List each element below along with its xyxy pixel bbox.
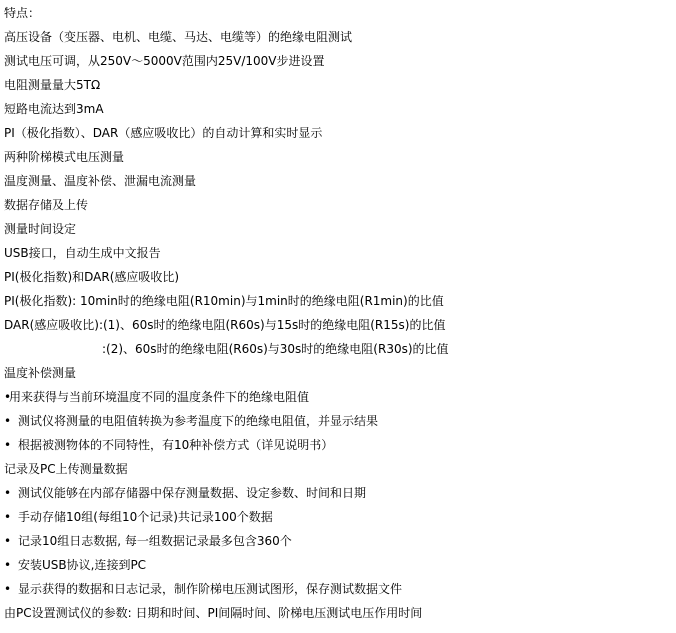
line-text: 特点：	[4, 6, 40, 20]
line-text: 记录及PC上传测量数据	[4, 462, 128, 476]
section-heading-pi-dar: PI(极化指数)和DAR(感应吸收比)	[4, 265, 676, 289]
bullet-item: •记录10组日志数据, 每一组数据记录最多包含360个	[4, 529, 676, 553]
bullet-icon: •	[4, 553, 18, 577]
bullet-icon: •	[4, 481, 18, 505]
pi-definition: PI(极化指数): 10min时的绝缘电阻(R10min)与1min时的绝缘电阻…	[4, 289, 676, 313]
line-text: 两种阶梯模式电压测量	[4, 150, 124, 164]
line-text: 数据存储及上传	[4, 198, 88, 212]
section-heading-temperature: 温度补偿测量	[4, 361, 676, 385]
line-text: 高压设备（变压器、电机、电缆、马达、电缆等）的绝缘电阻测试	[4, 30, 352, 44]
line-text: USB接口，自动生成中文报告	[4, 246, 161, 260]
feature-line: 测量时间设定	[4, 217, 676, 241]
line-text: 显示获得的数据和日志记录，制作阶梯电压测试图形，保存测试数据文件	[18, 582, 402, 596]
feature-line: 测试电压可调，从250V～5000V范围内25V/100V步进设置	[4, 49, 676, 73]
feature-line: 数据存储及上传	[4, 193, 676, 217]
pc-settings-line: 由PC设置测试仪的参数: 日期和时间、PI间隔时间、阶梯电压测试电压作用时间	[4, 601, 676, 625]
feature-line: 高压设备（变压器、电机、电缆、马达、电缆等）的绝缘电阻测试	[4, 25, 676, 49]
features-heading: 特点：	[4, 1, 676, 25]
feature-document: 特点： 高压设备（变压器、电机、电缆、马达、电缆等）的绝缘电阻测试 测试电压可调…	[0, 0, 676, 625]
dar-definition-1: DAR(感应吸收比):(1)、60s时的绝缘电阻(R60s)与15s时的绝缘电阻…	[4, 313, 676, 337]
line-text: PI(极化指数)和DAR(感应吸收比)	[4, 270, 179, 284]
line-text: 记录10组日志数据, 每一组数据记录最多包含360个	[18, 534, 292, 548]
bullet-item: •测试仪将测量的电阻值转换为参考温度下的绝缘电阻值，并显示结果	[4, 409, 676, 433]
dar-definition-2: :(2)、60s时的绝缘电阻(R60s)与30s时的绝缘电阻(R30s)的比值	[4, 337, 676, 361]
bullet-icon: •	[4, 529, 18, 553]
feature-line: 短路电流达到3mA	[4, 97, 676, 121]
line-text: PI（极化指数）、DAR（感应吸收比）的自动计算和实时显示	[4, 126, 322, 140]
bullet-item: •根据被测物体的不同特性，有10种补偿方式（详见说明书）	[4, 433, 676, 457]
bullet-item: •用来获得与当前环境温度不同的温度条件下的绝缘电阻值	[4, 385, 676, 409]
line-text: 测试仪能够在内部存储器中保存测量数据、设定参数、时间和日期	[18, 486, 366, 500]
line-text: 温度补偿测量	[4, 366, 76, 380]
line-text: 安装USB协议,连接到PC	[18, 558, 146, 572]
feature-line: USB接口，自动生成中文报告	[4, 241, 676, 265]
line-text: 测试电压可调，从250V～5000V范围内25V/100V步进设置	[4, 54, 325, 68]
bullet-icon: •	[4, 577, 18, 601]
section-heading-records: 记录及PC上传测量数据	[4, 457, 676, 481]
line-text: 温度测量、温度补偿、泄漏电流测量	[4, 174, 196, 188]
line-text: 测量时间设定	[4, 222, 76, 236]
line-text: 用来获得与当前环境温度不同的温度条件下的绝缘电阻值	[9, 390, 309, 404]
feature-line: 温度测量、温度补偿、泄漏电流测量	[4, 169, 676, 193]
feature-line: 两种阶梯模式电压测量	[4, 145, 676, 169]
line-text: DAR(感应吸收比):(1)、60s时的绝缘电阻(R60s)与15s时的绝缘电阻…	[4, 318, 445, 332]
line-text: PI(极化指数): 10min时的绝缘电阻(R10min)与1min时的绝缘电阻…	[4, 294, 444, 308]
feature-line: PI（极化指数）、DAR（感应吸收比）的自动计算和实时显示	[4, 121, 676, 145]
line-text: 短路电流达到3mA	[4, 102, 104, 116]
line-text: 测试仪将测量的电阻值转换为参考温度下的绝缘电阻值，并显示结果	[18, 414, 378, 428]
bullet-icon: •	[4, 505, 18, 529]
bullet-item: •安装USB协议,连接到PC	[4, 553, 676, 577]
line-text: 由PC设置测试仪的参数: 日期和时间、PI间隔时间、阶梯电压测试电压作用时间	[4, 606, 422, 620]
bullet-item: •显示获得的数据和日志记录，制作阶梯电压测试图形，保存测试数据文件	[4, 577, 676, 601]
bullet-icon: •	[4, 433, 18, 457]
line-text: 手动存储10组(每组10个记录)共记录100个数据	[18, 510, 273, 524]
line-text: 电阻测量量大5TΩ	[4, 78, 100, 92]
feature-line: 电阻测量量大5TΩ	[4, 73, 676, 97]
bullet-icon: •	[4, 409, 18, 433]
line-text: :(2)、60s时的绝缘电阻(R60s)与30s时的绝缘电阻(R30s)的比值	[102, 342, 449, 356]
bullet-item: •手动存储10组(每组10个记录)共记录100个数据	[4, 505, 676, 529]
bullet-item: •测试仪能够在内部存储器中保存测量数据、设定参数、时间和日期	[4, 481, 676, 505]
line-text: 根据被测物体的不同特性，有10种补偿方式（详见说明书）	[18, 438, 333, 452]
